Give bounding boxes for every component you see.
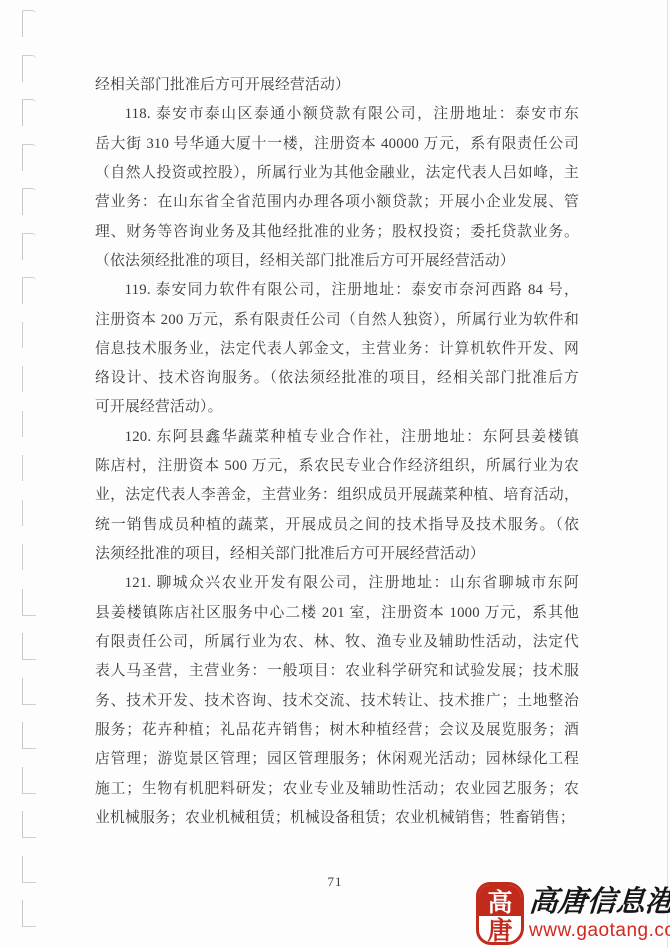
binding-mark-icon [22, 722, 36, 749]
scanned-document-page: 经相关部门批准后方可开展经营活动）118. 泰安市泰山区泰通小额贷款有限公司，注… [0, 0, 670, 948]
binding-mark-icon [22, 678, 36, 705]
binding-mark-icon [22, 544, 36, 570]
text-line: 统一销售成员种植的蔬菜，开展成员之间的技术指导及技术服务。（依 [95, 511, 579, 540]
text-line: （自然人投资或控股），所属行业为其他金融业，法定代表人吕如峰，主 [95, 159, 579, 188]
text-line: 120. 东阿县鑫华蔬菜种植专业合作社，注册地址：东阿县姜楼镇 [95, 423, 579, 452]
watermark-text-block: 高唐信息港 www.gaotang.cc [529, 882, 670, 941]
binding-mark-icon [22, 233, 36, 260]
binding-mark-icon [22, 500, 36, 526]
binding-mark-icon [22, 366, 36, 392]
binding-mark-icon [22, 188, 36, 215]
text-line: （依法须经批准的项目，经相关部门批准后方可开展经营活动） [95, 247, 579, 276]
text-line: 服务；花卉种植；礼品花卉销售；树木种植经营；会议及展览服务；酒 [95, 716, 579, 745]
binding-mark-icon [22, 455, 36, 481]
text-line: 信息技术服务业，法定代表人郭金文，主营业务：计算机软件开发、网 [95, 335, 579, 364]
binding-mark-icon [22, 322, 36, 348]
seal-bottom-character: 唐 [479, 916, 521, 942]
binding-mark-icon [22, 411, 36, 437]
text-line: 施工；生物有机肥料研发；农业专业及辅助性活动；农业园艺服务；农 [95, 775, 579, 804]
text-line: 络设计、技术咨询服务。（依法须经批准的项目，经相关部门批准后方 [95, 364, 579, 393]
text-line: 经相关部门批准后方可开展经营活动） [95, 71, 579, 100]
binding-mark-icon [22, 99, 36, 126]
binding-mark-icon [22, 633, 36, 660]
document-text: 经相关部门批准后方可开展经营活动）118. 泰安市泰山区泰通小额贷款有限公司，注… [95, 71, 579, 833]
binding-mark-icon [22, 767, 36, 794]
text-line: 岳大街 310 号华通大厦十一楼，注册资本 40000 万元，系有限责任公司 [95, 130, 579, 159]
binding-mark-icon [22, 10, 36, 37]
text-line: 陈店村，注册资本 500 万元，系农民专业合作经济组织，所属行业为农 [95, 452, 579, 481]
gaotang-seal-icon: 高 唐 [476, 882, 524, 945]
text-line: 营业务：在山东省全省范围内办理各项小额贷款；开展小企业发展、管 [95, 188, 579, 217]
text-line: 可开展经营活动）。 [95, 393, 579, 422]
text-line: 118. 泰安市泰山区泰通小额贷款有限公司，注册地址：泰安市东 [95, 100, 579, 129]
watermark-site-url: www.gaotang.cc [529, 920, 670, 941]
text-line: 业机械服务；农业机械租赁；机械设备租赁；农业机械销售；牲畜销售； [95, 804, 579, 833]
binding-mark-icon [22, 811, 36, 838]
text-line: 表人马圣营，主营业务：一般项目：农业科学研究和试验发展；技术服 [95, 657, 579, 686]
text-line: 有限责任公司，所属行业为农、林、牧、渔专业及辅助性活动，法定代 [95, 628, 579, 657]
binding-mark-icon [22, 589, 36, 616]
binding-mark-icon [22, 55, 36, 82]
binding-mark-icon [22, 144, 36, 171]
text-line: 店管理；游览景区管理；园区管理服务；休闲观光活动；园林绿化工程 [95, 745, 579, 774]
text-line: 县姜楼镇陈店社区服务中心二楼 201 室，注册资本 1000 万元，系其他 [95, 599, 579, 628]
watermark: 高 唐 高唐信息港 www.gaotang.cc [476, 882, 670, 945]
binding-mark-icon [22, 277, 36, 304]
text-line: 务、技术开发、技术咨询、技术交流、技术转让、技术推广；土地整治 [95, 687, 579, 716]
watermark-site-name: 高唐信息港 [528, 882, 670, 922]
text-line: 121. 聊城众兴农业开发有限公司，注册地址：山东省聊城市东阿 [95, 569, 579, 598]
text-line: 理、财务等咨询业务及其他经批准的业务；股权投资；委托贷款业务。 [95, 218, 579, 247]
text-line: 注册资本 200 万元，系有限责任公司（自然人独资），所属行业为软件和 [95, 306, 579, 335]
text-line: 119. 泰安同力软件有限公司，注册地址：泰安市奈河西路 84 号， [95, 276, 579, 305]
text-line: 法须经批准的项目，经相关部门批准后方可开展经营活动） [95, 540, 579, 569]
text-line: 业，法定代表人李善金，主营业务：组织成员开展蔬菜种植、培育活动， [95, 481, 579, 510]
binding-mark-icon [22, 900, 36, 927]
page-edge-shadow [667, 0, 668, 948]
